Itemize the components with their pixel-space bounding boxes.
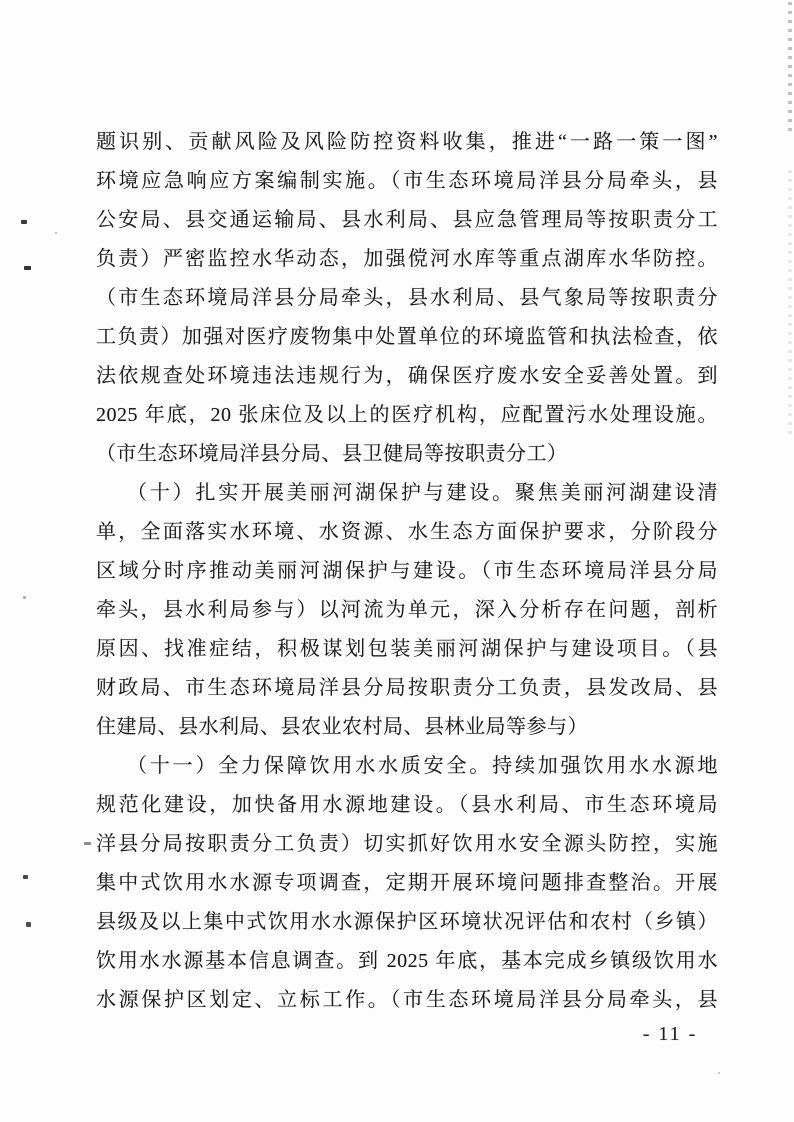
scan-speck [55, 232, 57, 234]
text-line-4: 负责）严密监控水华动态，加强傥河水库等重点湖库水华防控。 [96, 240, 718, 279]
text-line-6: 工负责）加强对医疗废物集中处置单位的环境监管和执法检查，依 [96, 318, 718, 357]
text-line-16: 住建局、县水利局、县农业农村局、县林业局等参与） [96, 708, 718, 747]
text-line-19: 洋县分局按职责分工负责）切实抓好饮用水安全源头防控，实施 [96, 825, 718, 864]
scan-speck [718, 1072, 720, 1074]
text-line-20: 集中式饮用水水源专项调查，定期开展环境问题排查整治。开展 [96, 864, 718, 903]
text-line-21: 县级及以上集中式饮用水水源保护区环境状况评估和农村（乡镇） [96, 903, 718, 942]
scan-edge-artifact [788, 2, 792, 132]
text-line-17: （十一）全力保障饮用水水质安全。持续加强饮用水水源地 [96, 747, 718, 786]
scan-speck [23, 875, 28, 879]
text-line-7: 法依规查处环境违法违规行为，确保医疗废水安全妥善处置。到 [96, 357, 718, 396]
text-line-13: 牵头，县水利局参与）以河流为单元，深入分析存在问题，剖析 [96, 591, 718, 630]
scan-speck [24, 266, 31, 270]
text-line-1: 题识别、贡献风险及风险防控资料收集，推进“一路一策一图” [96, 123, 718, 162]
scan-speck [23, 596, 26, 599]
text-line-10: （十）扎实开展美丽河湖保护与建设。聚焦美丽河湖建设清 [96, 474, 718, 513]
scan-edge-artifact [788, 170, 792, 440]
text-line-22: 饮用水水源基本信息调查。到 2025 年底，基本完成乡镇级饮用水 [96, 942, 718, 981]
text-line-18: 规范化建设，加快备用水源地建设。（县水利局、市生态环境局 [96, 786, 718, 825]
document-page: 题识别、贡献风险及风险防控资料收集，推进“一路一策一图” 环境应急响应方案编制实… [0, 0, 794, 1122]
text-line-9: （市生态环境局洋县分局、县卫健局等按职责分工） [96, 435, 718, 474]
text-line-3: 公安局、县交通运输局、县水利局、县应急管理局等按职责分工 [96, 201, 718, 240]
text-line-15: 财政局、市生态环境局洋县分局按职责分工负责，县发改局、县 [96, 669, 718, 708]
page-number: - 11 - [630, 1020, 710, 1048]
scan-speck [84, 842, 91, 845]
text-line-8: 2025 年底，20 张床位及以上的医疗机构，应配置污水处理设施。 [96, 396, 718, 435]
scan-speck [26, 922, 31, 927]
text-line-12: 区域分时序推动美丽河湖保护与建设。（市生态环境局洋县分局 [96, 552, 718, 591]
text-line-23: 水源保护区划定、立标工作。（市生态环境局洋县分局牵头，县 [96, 981, 718, 1020]
scan-speck [21, 220, 27, 224]
text-line-14: 原因、找准症结，积极谋划包装美丽河湖保护与建设项目。（县 [96, 630, 718, 669]
text-line-5: （市生态环境局洋县分局牵头，县水利局、县气象局等按职责分 [96, 279, 718, 318]
text-line-2: 环境应急响应方案编制实施。（市生态环境局洋县分局牵头，县 [96, 162, 718, 201]
text-line-11: 单，全面落实水环境、水资源、水生态方面保护要求，分阶段分 [96, 513, 718, 552]
document-body: 题识别、贡献风险及风险防控资料收集，推进“一路一策一图” 环境应急响应方案编制实… [96, 123, 718, 1020]
